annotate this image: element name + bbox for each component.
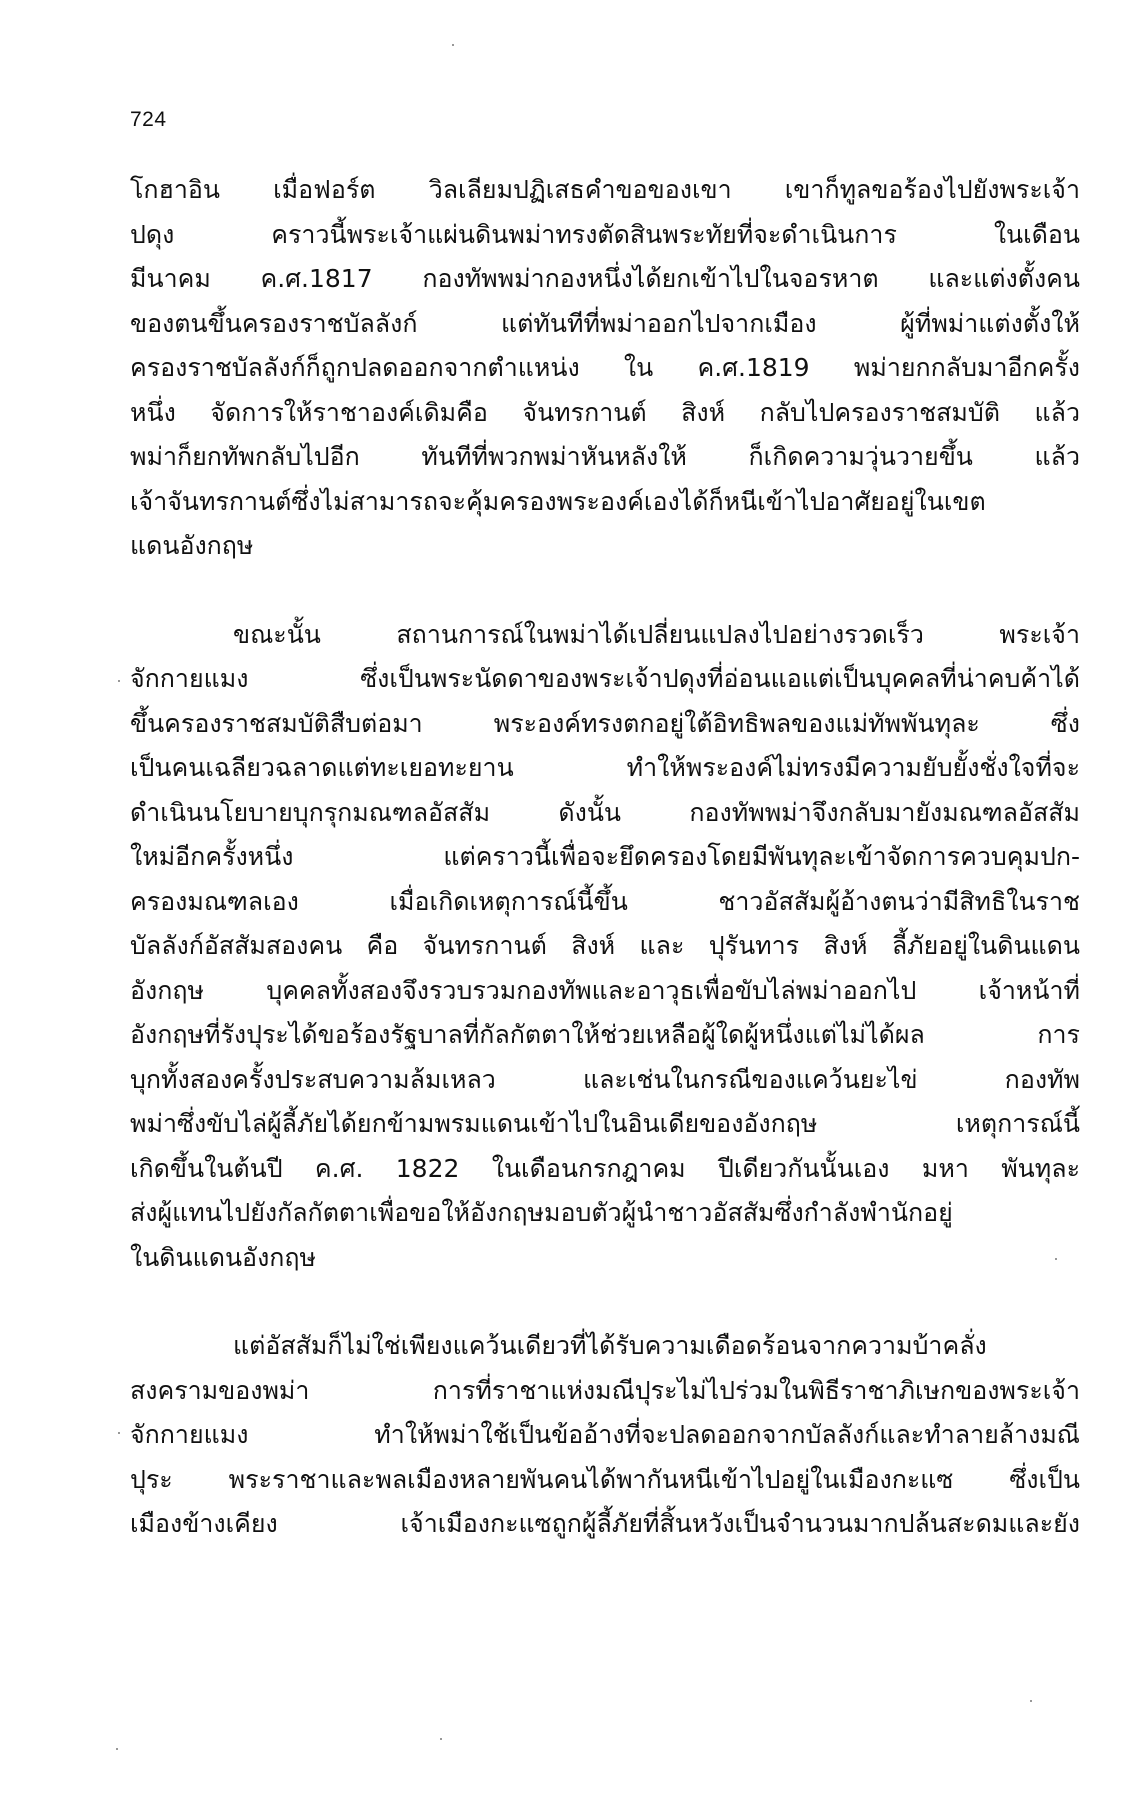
text-line: ของตนขึ้นครองราชบัลลังก์ แต่ทันทีที่พม่า… (130, 302, 1080, 347)
text-line: ดำเนินนโยบายบุกรุกมณฑลอัสสัม ดังนั้น กอง… (130, 791, 1080, 836)
scan-speck (118, 1432, 120, 1434)
text-line: ขณะนั้น สถานการณ์ในพม่าได้เปลี่ยนแปลงไปอ… (130, 613, 1080, 658)
text-line: ครองราชบัลลังก์ก็ถูกปลดออกจากตำแหน่ง ใน … (130, 346, 1080, 391)
text-line: โกฮาอิน เมื่อฟอร์ต วิลเลียมปฏิเสธคำขอของ… (130, 168, 1080, 213)
text-line: แดนอังกฤษ (130, 524, 1080, 569)
scan-speck (1055, 1258, 1057, 1260)
text-line: อังกฤษที่รังปุระได้ขอร้องรัฐบาลที่กัลกัต… (130, 1013, 1080, 1058)
text-line: มีนาคม ค.ศ.1817 กองทัพพม่ากองหนึ่งได้ยกเ… (130, 257, 1080, 302)
text-line: ในดินแดนอังกฤษ (130, 1236, 1080, 1281)
paragraph-3: แต่อัสสัมก็ไม่ใช่เพียงแคว้นเดียวที่ได้รั… (130, 1324, 1080, 1547)
scan-speck (116, 1748, 118, 1750)
text-line: พม่าก็ยกทัพกลับไปอีก ทันทีที่พวกพม่าหันห… (130, 435, 1080, 480)
text-line: จักกายแมง ซึ่งเป็นพระนัดดาของพระเจ้าปดุง… (130, 657, 1080, 702)
text-line: ปุระ พระราชาและพลเมืองหลายพันคนได้พากันห… (130, 1458, 1080, 1503)
paragraph-gap (130, 1280, 1080, 1324)
text-line: ปดุง คราวนี้พระเจ้าแผ่นดินพม่าทรงตัดสินพ… (130, 213, 1080, 258)
text-line: ครองมณฑลเอง เมื่อเกิดเหตุการณ์นี้ขึ้น ชา… (130, 880, 1080, 925)
scan-speck (118, 680, 120, 682)
text-line: พม่าซึ่งขับไล่ผู้ลี้ภัยได้ยกข้ามพรมแดนเข… (130, 1102, 1080, 1147)
text-line: จักกายแมง ทำให้พม่าใช้เป็นข้ออ้างที่จะปล… (130, 1413, 1080, 1458)
document-body: โกฮาอิน เมื่อฟอร์ต วิลเลียมปฏิเสธคำขอของ… (130, 168, 1080, 1547)
text-line: บัลลังก์อัสสัมสองคน คือ จันทรกานต์ สิงห์… (130, 924, 1080, 969)
text-line: หนึ่ง จัดการให้ราชาองค์เดิมคือ จันทรกานต… (130, 391, 1080, 436)
text-line: ส่งผู้แทนไปยังกัลกัตตาเพื่อขอให้อังกฤษมอ… (130, 1191, 1080, 1236)
text-line: อังกฤษ บุคคลทั้งสองจึงรวบรวมกองทัพและอาว… (130, 969, 1080, 1014)
page-number: 724 (130, 108, 167, 132)
paragraph-2: ขณะนั้น สถานการณ์ในพม่าได้เปลี่ยนแปลงไปอ… (130, 613, 1080, 1281)
text-line: เกิดขึ้นในต้นปี ค.ศ. 1822 ในเดือนกรกฎาคม… (130, 1147, 1080, 1192)
text-line: ขึ้นครองราชสมบัติสืบต่อมา พระองค์ทรงตกอย… (130, 702, 1080, 747)
paragraph-1: โกฮาอิน เมื่อฟอร์ต วิลเลียมปฏิเสธคำขอของ… (130, 168, 1080, 569)
text-line: ใหม่อีกครั้งหนึ่ง แต่คราวนี้เพื่อจะยึดคร… (130, 835, 1080, 880)
scan-speck (1030, 1700, 1032, 1702)
text-line: แต่อัสสัมก็ไม่ใช่เพียงแคว้นเดียวที่ได้รั… (130, 1324, 1080, 1369)
text-line: สงครามของพม่า การที่ราชาแห่งมณีปุระไม่ไป… (130, 1369, 1080, 1414)
scan-speck (452, 44, 454, 46)
text-line: บุกทั้งสองครั้งประสบความล้มเหลว และเช่นใ… (130, 1058, 1080, 1103)
scan-speck (440, 1738, 442, 1740)
text-line: เมืองข้างเคียง เจ้าเมืองกะแซถูกผู้ลี้ภัย… (130, 1502, 1080, 1547)
text-line: เจ้าจันทรกานต์ซึ่งไม่สามารถจะคุ้มครองพระ… (130, 480, 1080, 525)
paragraph-gap (130, 569, 1080, 613)
text-line: เป็นคนเฉลียวฉลาดแต่ทะเยอทะยาน ทำให้พระอง… (130, 746, 1080, 791)
